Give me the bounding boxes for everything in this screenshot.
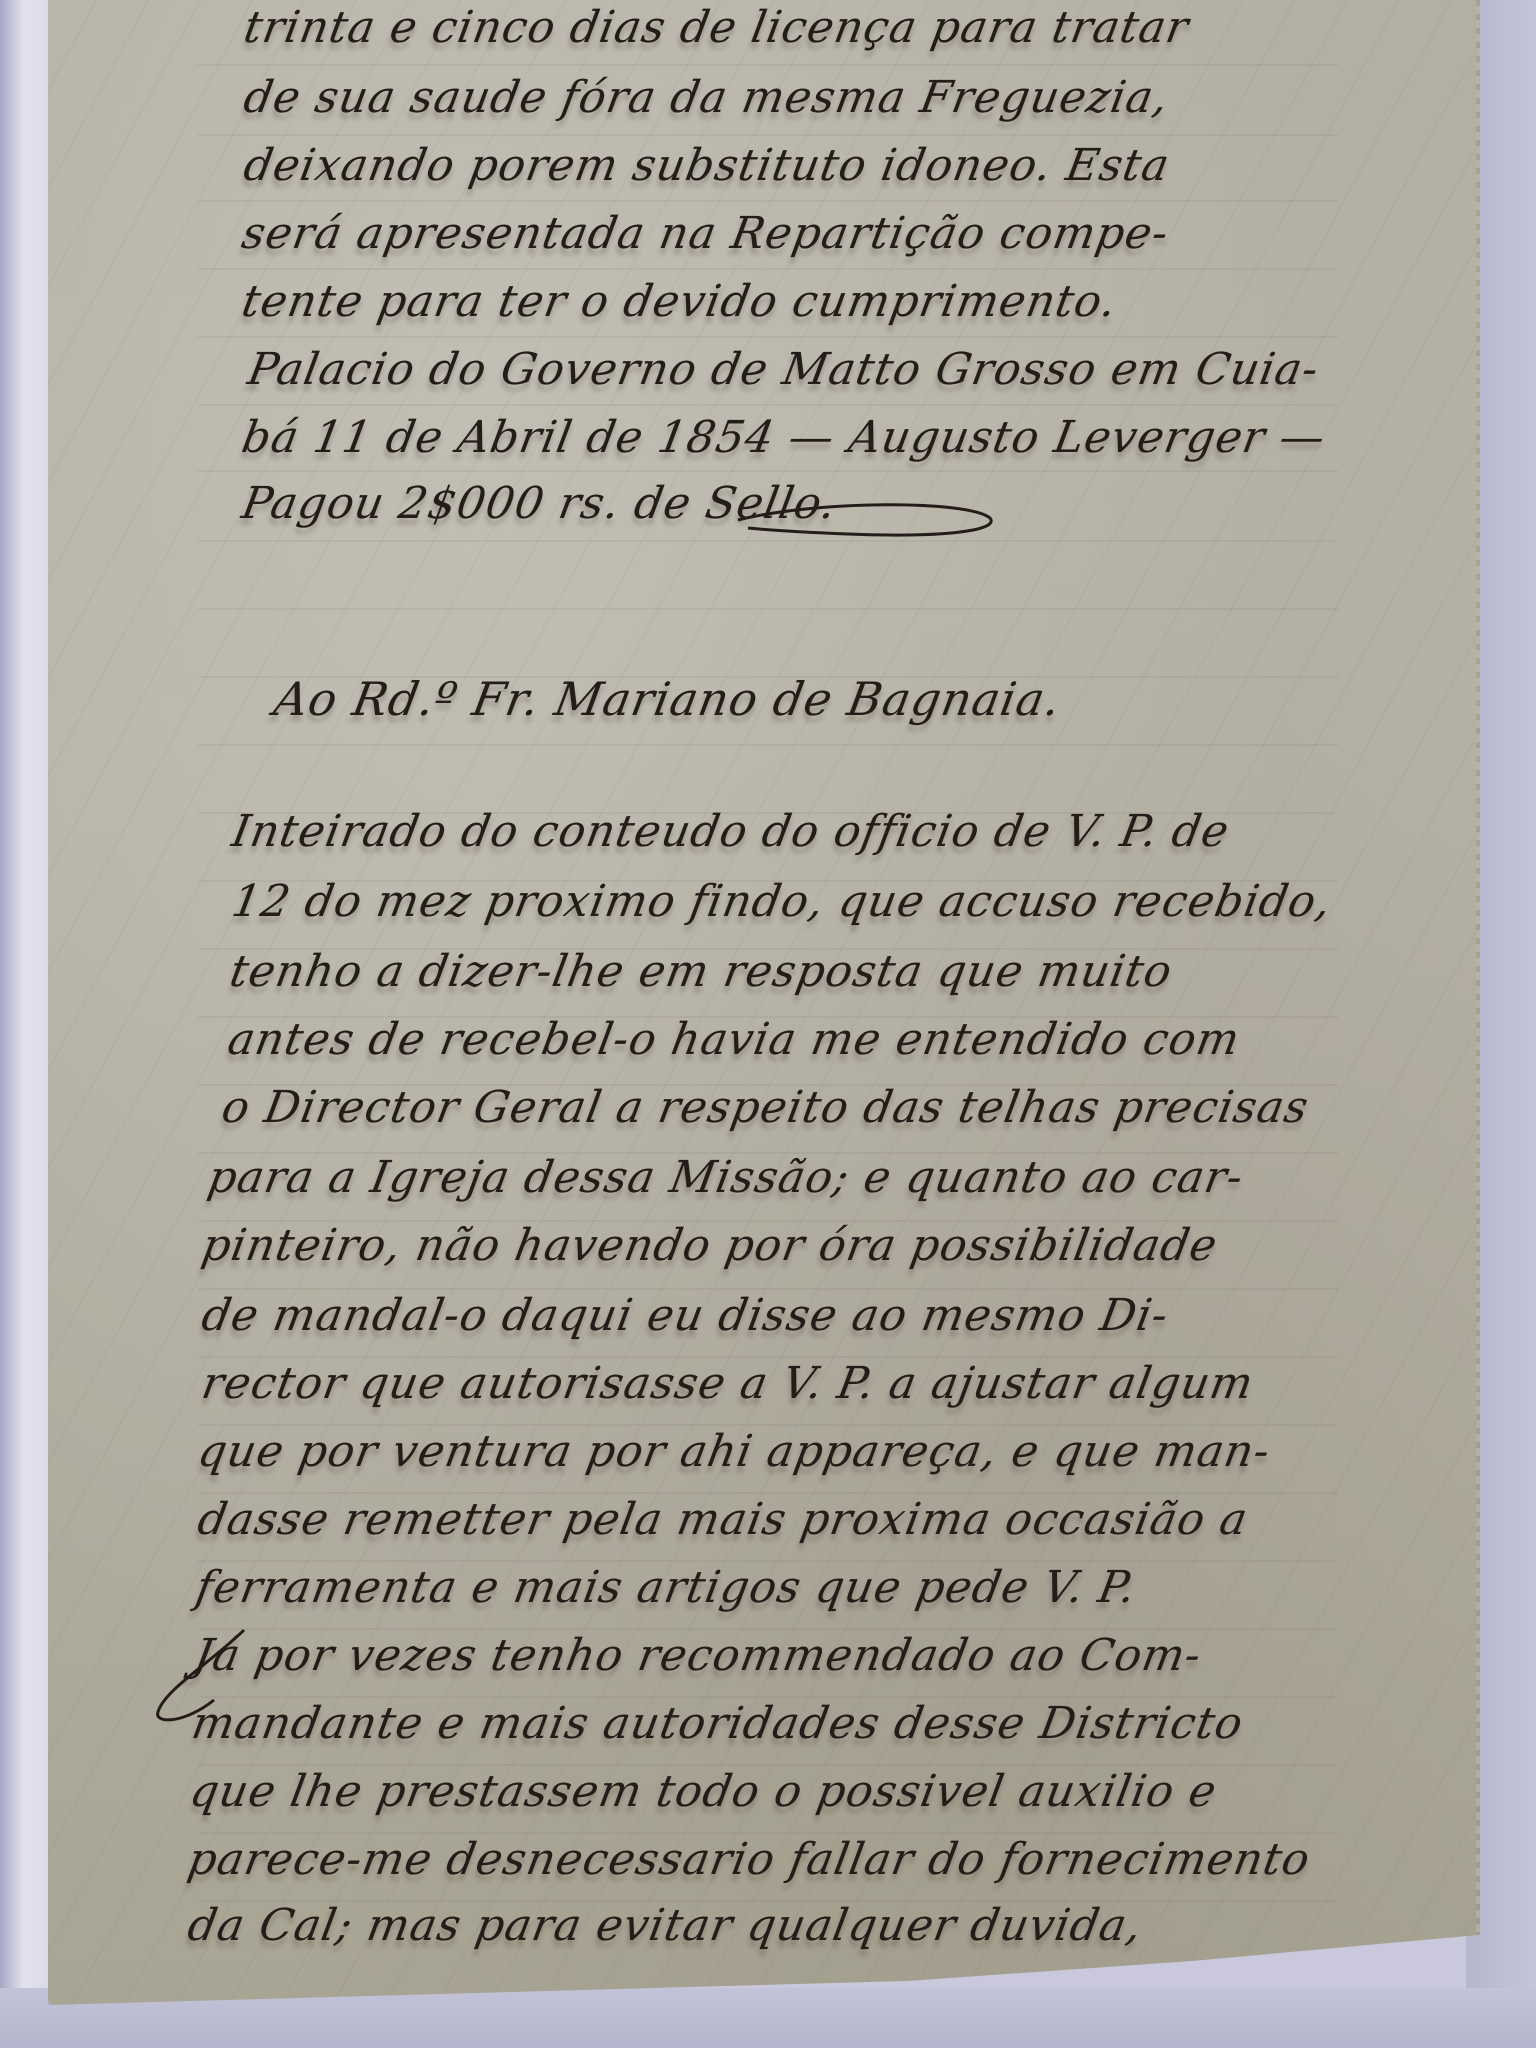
text-line: dasse remetter pela mais proxima occasiã… (194, 1494, 1252, 1545)
text-line: deixando porem substituto idoneo. Esta (240, 140, 1174, 191)
text-line: para a Igreja dessa Missão; e quanto ao … (204, 1152, 1247, 1203)
text-line: 12 do mez proximo findo, que accuso rece… (228, 876, 1336, 927)
text-line: rector que autorisasse a V. P. a ajustar… (198, 1358, 1258, 1409)
text-line: antes de recebel-o havia me entendido co… (224, 1014, 1244, 1065)
manuscript-page: trinta e cinco dias de licença para trat… (48, 0, 1480, 2005)
manuscript-text: trinta e cinco dias de licença para trat… (48, 0, 1480, 2005)
signature-flourish-icon (728, 490, 1008, 550)
text-line: mandante e mais autoridades desse Distri… (188, 1698, 1247, 1749)
letter-addressee: Ao Rd.º Fr. Mariano de Bagnaia. (270, 672, 1065, 726)
text-line: tenho a dizer-lhe em resposta que muito (226, 946, 1176, 997)
text-line: que lhe prestassem todo o possivel auxil… (186, 1766, 1221, 1817)
text-line: tente para ter o devido cumprimento. (238, 276, 1121, 327)
text-line: parece-me desnecessario fallar do fornec… (184, 1834, 1314, 1885)
text-line: pinteiro, não havendo por óra possibilid… (198, 1220, 1222, 1271)
text-line: trinta e cinco dias de licença para trat… (240, 2, 1193, 53)
closing-date-signature-line: bá 11 de Abril de 1854 — Augusto Leverge… (238, 412, 1330, 463)
closing-place-line: Palacio do Governo de Matto Grosso em Cu… (244, 344, 1323, 395)
text-line: será apresentada na Repartição compe- (238, 208, 1173, 259)
text-line: de sua saude fóra da mesma Freguezia, (240, 72, 1173, 123)
text-line: ferramenta e mais artigos que pede V. P. (192, 1562, 1140, 1613)
text-line: de mandal-o daqui eu disse ao mesmo Di- (198, 1290, 1173, 1341)
initial-flourish-icon (144, 1620, 264, 1730)
text-line: da Cal; mas para evitar qualquer duvida, (184, 1900, 1146, 1951)
text-line: que por ventura por ahi appareça, e que … (194, 1426, 1274, 1477)
text-line: o Director Geral a respeito das telhas p… (218, 1082, 1313, 1133)
text-line: Já por vezes tenho recommendado ao Com- (190, 1630, 1206, 1681)
text-line: Inteirado do conteudo do officio de V. P… (228, 806, 1233, 857)
